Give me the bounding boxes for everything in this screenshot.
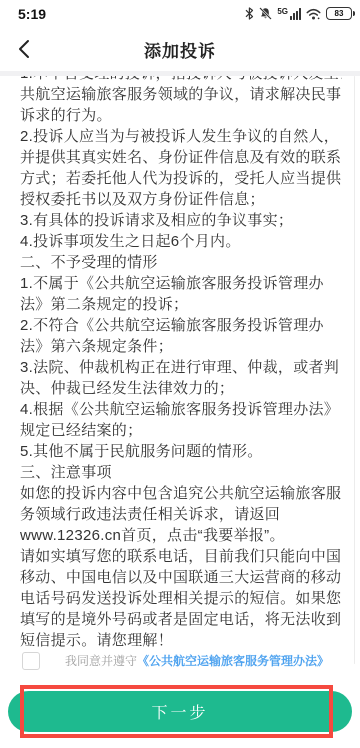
page-title: 添加投诉 bbox=[0, 37, 360, 62]
app-screen: 5:19 5G bbox=[0, 0, 360, 748]
terms-line: 2.投诉人应当为与被投诉人发生争议的自然人， bbox=[20, 126, 342, 147]
terms-line: 2.不符合《公共航空运输旅客服务投诉管理办 bbox=[20, 315, 342, 336]
mute-bell-icon bbox=[259, 7, 272, 20]
terms-scroll-area[interactable]: 1.本平台受理的投诉，指投诉人与被投诉人发生公共航空运输旅客服务领域的争议，请求… bbox=[0, 76, 360, 658]
nav-bar: 添加投诉 bbox=[0, 26, 360, 71]
terms-line: 诉求的行为。 bbox=[20, 105, 342, 126]
terms-line: 4.投诉事项发生之日起6个月内。 bbox=[20, 231, 342, 252]
battery-icon: 83 bbox=[326, 7, 352, 20]
terms-line: 法》第二条规定的投诉； bbox=[20, 294, 342, 315]
terms-line: 3.有具体的投诉请求及相应的争议事实； bbox=[20, 210, 342, 231]
terms-line: 5.其他不属于民航服务问题的情形。 bbox=[20, 441, 342, 462]
terms-line: 移动、中国电信以及中国联通三大运营商的移动 bbox=[20, 567, 342, 588]
terms-line: 规定已经结案的； bbox=[20, 420, 342, 441]
terms-line: www.12326.cn首页，点击“我要举报”。 bbox=[20, 525, 342, 546]
clock: 5:19 bbox=[18, 6, 46, 22]
terms-line: 3.法院、仲裁机构正在进行审理、仲裁，或者判 bbox=[20, 357, 342, 378]
terms-line: 决、仲裁已经发生法律效力的； bbox=[20, 378, 342, 399]
signal-5g-icon: 5G bbox=[277, 8, 301, 20]
service-rules-link[interactable]: 《公共航空运输旅客服务管理办法》 bbox=[137, 654, 329, 668]
terms-line: 共航空运输旅客服务领域的争议，请求解决民事 bbox=[20, 84, 342, 105]
terms-line: 如您的投诉内容中包含追究公共航空运输旅客服 bbox=[20, 483, 342, 504]
wifi-icon bbox=[306, 8, 321, 20]
terms-line: 1.不属于《公共航空运输旅客服务投诉管理办 bbox=[20, 273, 342, 294]
agreement-prefix-label: 我同意并遵守 bbox=[65, 654, 137, 668]
status-bar: 5:19 5G bbox=[0, 0, 360, 26]
terms-text: 1.本平台受理的投诉，指投诉人与被投诉人发生公共航空运输旅客服务领域的争议，请求… bbox=[0, 76, 360, 651]
terms-line: 1.本平台受理的投诉，指投诉人与被投诉人发生公 bbox=[20, 76, 342, 84]
agreement-row: 我同意并遵守《公共航空运输旅客服务管理办法》 bbox=[22, 650, 346, 672]
next-step-button[interactable]: 下一步 bbox=[8, 691, 352, 732]
terms-line: 4.根据《公共航空运输旅客服务投诉管理办法》 bbox=[20, 399, 342, 420]
terms-line: 三、注意事项 bbox=[20, 462, 342, 483]
terms-line: 电话号码发送投诉处理相关提示的短信。如果您 bbox=[20, 588, 342, 609]
terms-line: 并提供其真实姓名、身份证件信息及有效的联系 bbox=[20, 147, 342, 168]
terms-line: 二、不予受理的情形 bbox=[20, 252, 342, 273]
terms-line: 填写的是境外号码或者是固定电话，将无法收到 bbox=[20, 609, 342, 630]
scrollbar[interactable] bbox=[354, 76, 356, 664]
terms-line: 方式；若委托他人代为投诉的，受托人应当提供 bbox=[20, 168, 342, 189]
terms-line: 请如实填写您的联系电话，目前我们只能向中国 bbox=[20, 546, 342, 567]
agreement-checkbox[interactable] bbox=[22, 652, 40, 670]
battery-percent: 83 bbox=[335, 10, 344, 18]
terms-line: 授权委托书以及双方身份证件信息； bbox=[20, 189, 342, 210]
terms-line: 务领域行政违法责任相关诉求，请返回 bbox=[20, 504, 342, 525]
terms-line: 法》第六条规定条件； bbox=[20, 336, 342, 357]
bluetooth-icon bbox=[245, 7, 254, 20]
terms-line: 短信提示。请您理解！ bbox=[20, 630, 342, 651]
network-type-label: 5G bbox=[277, 7, 288, 16]
